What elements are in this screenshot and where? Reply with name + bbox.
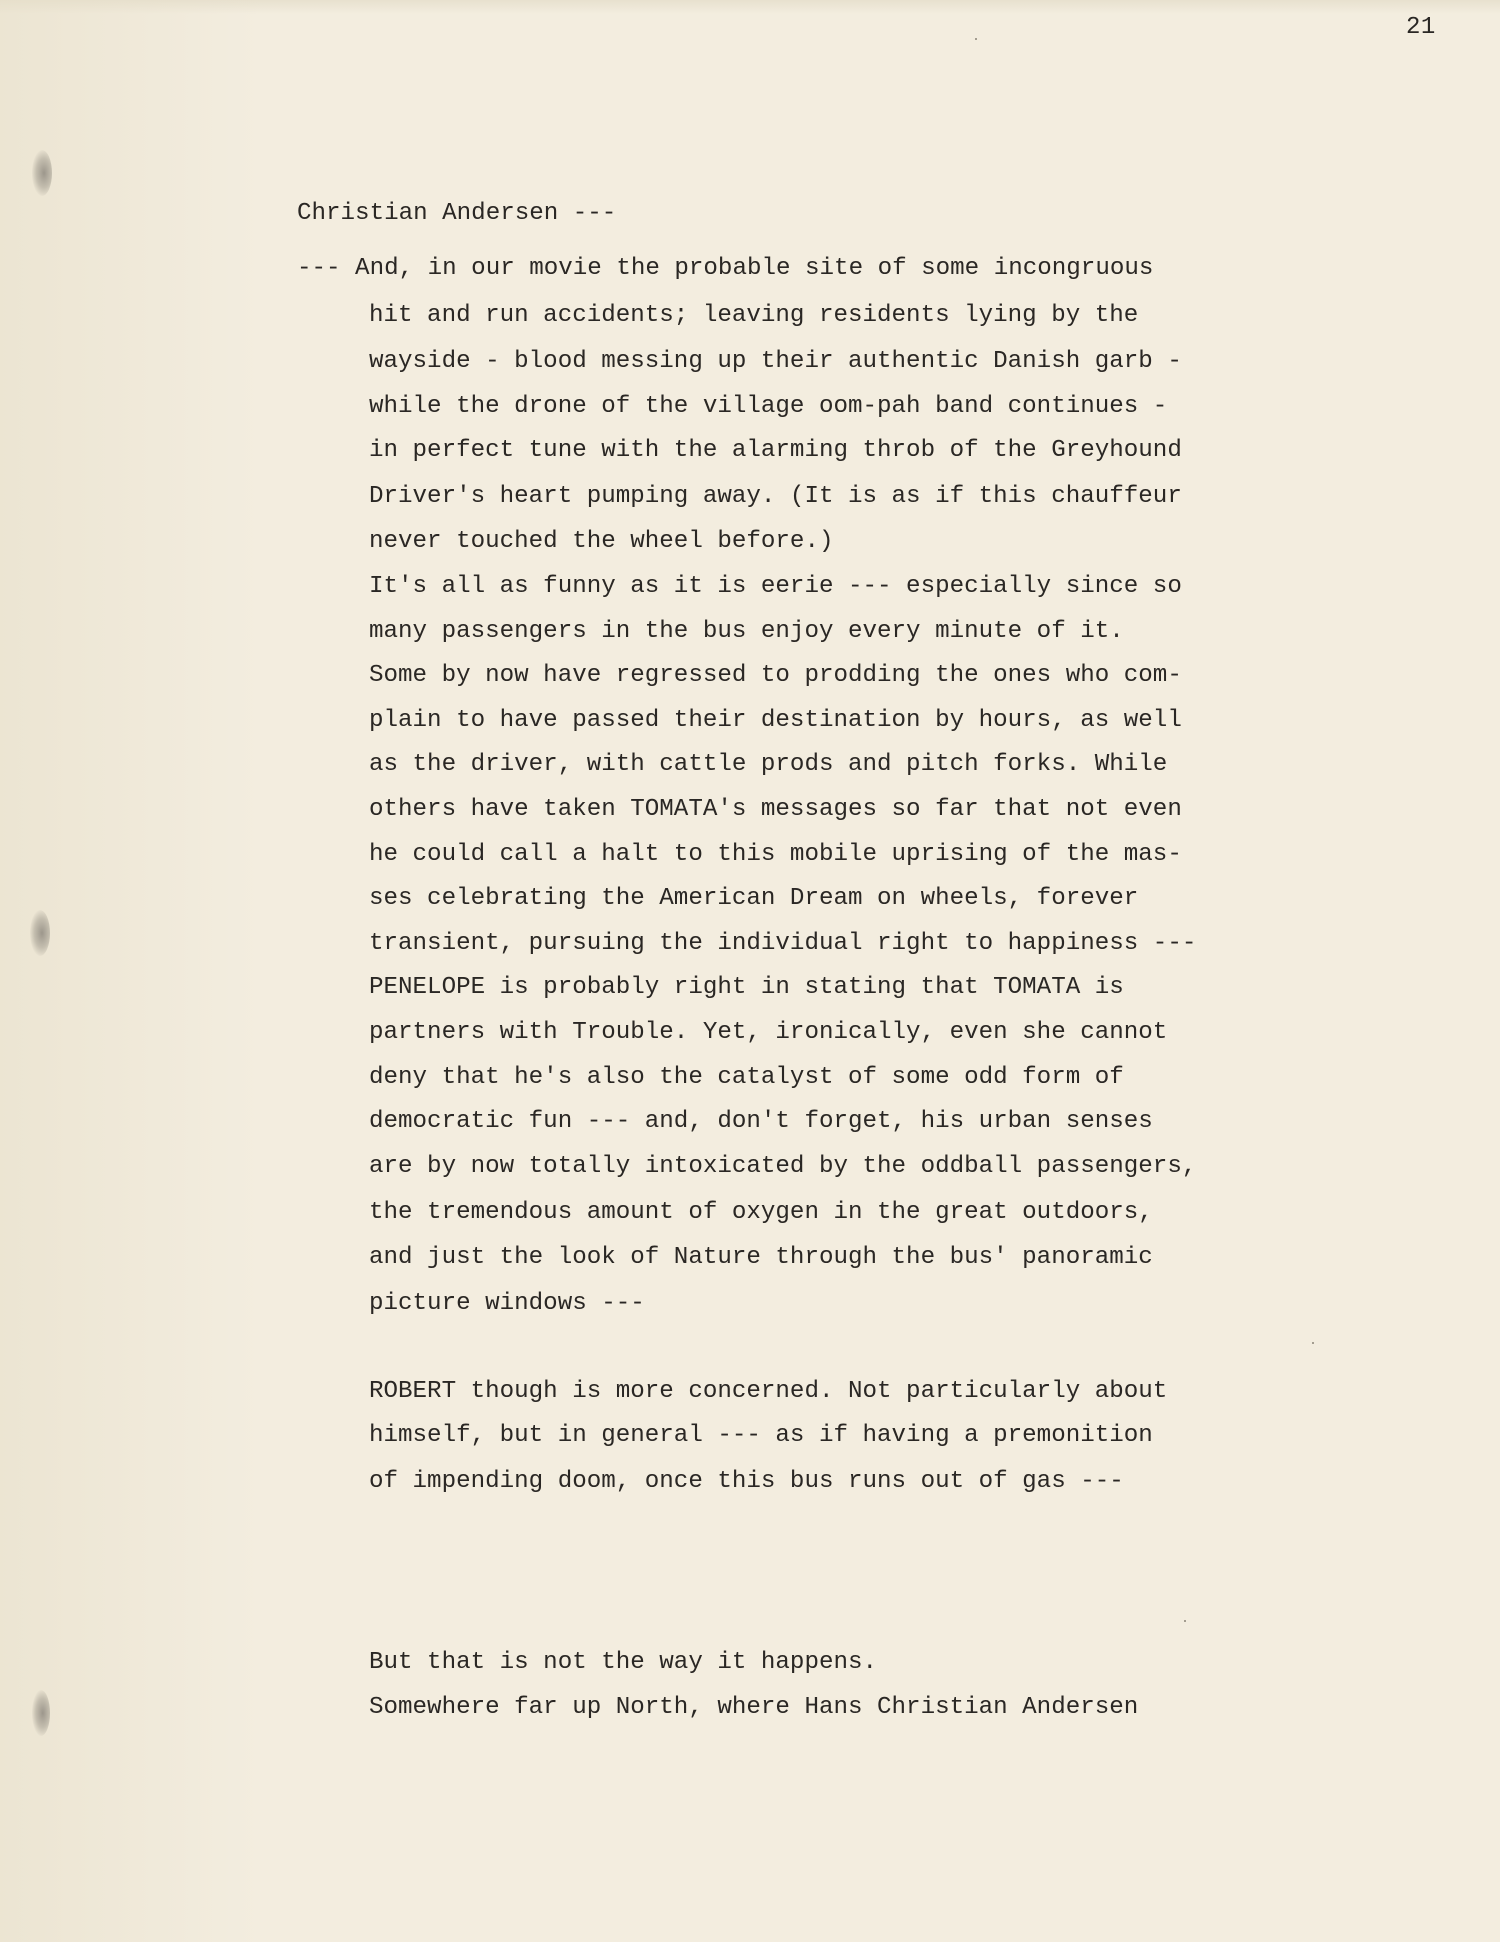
page-number: 21	[1406, 14, 1436, 41]
text-line: plain to have passed their destination b…	[369, 706, 1182, 736]
text-line: deny that he's also the catalyst of some…	[369, 1063, 1124, 1093]
text-line: It's all as funny as it is eerie --- esp…	[369, 572, 1182, 602]
text-line: never touched the wheel before.)	[369, 527, 833, 557]
text-line: as the driver, with cattle prods and pit…	[369, 750, 1167, 780]
text-line: Driver's heart pumping away. (It is as i…	[369, 482, 1182, 512]
binding-hole-mark-bottom	[32, 1690, 50, 1736]
text-line: and just the look of Nature through the …	[369, 1243, 1153, 1273]
text-line: himself, but in general --- as if having…	[369, 1421, 1153, 1451]
text-line: others have taken TOMATA's messages so f…	[369, 795, 1182, 825]
paper-speck	[1184, 1620, 1186, 1622]
section-heading: Christian Andersen ---	[297, 199, 616, 229]
text-line: he could call a halt to this mobile upri…	[369, 840, 1182, 870]
text-line: hit and run accidents; leaving residents…	[369, 301, 1138, 331]
text-line: transient, pursuing the individual right…	[369, 929, 1196, 959]
binding-hole-mark-top	[32, 150, 52, 196]
text-line: in perfect tune with the alarming throb …	[369, 436, 1182, 466]
text-line: democratic fun --- and, don't forget, hi…	[369, 1107, 1153, 1137]
text-line: are by now totally intoxicated by the od…	[369, 1152, 1196, 1182]
paper-speck	[975, 38, 977, 40]
text-line: Some by now have regressed to prodding t…	[369, 661, 1182, 691]
text-line: wayside - blood messing up their authent…	[369, 347, 1182, 377]
text-line: ROBERT though is more concerned. Not par…	[369, 1377, 1167, 1407]
paper-speck	[1312, 1342, 1314, 1344]
text-line: Somewhere far up North, where Hans Chris…	[369, 1693, 1138, 1723]
text-line: --- And, in our movie the probable site …	[297, 254, 1153, 284]
text-line: the tremendous amount of oxygen in the g…	[369, 1198, 1153, 1228]
binding-hole-mark-middle	[30, 910, 50, 956]
text-line: while the drone of the village oom-pah b…	[369, 392, 1167, 422]
text-line: But that is not the way it happens.	[369, 1648, 877, 1678]
text-line: partners with Trouble. Yet, ironically, …	[369, 1018, 1167, 1048]
text-line: ses celebrating the American Dream on wh…	[369, 884, 1138, 914]
text-line: many passengers in the bus enjoy every m…	[369, 617, 1124, 647]
text-line: of impending doom, once this bus runs ou…	[369, 1467, 1124, 1497]
text-line: PENELOPE is probably right in stating th…	[369, 973, 1124, 1003]
text-line: picture windows ---	[369, 1289, 645, 1319]
